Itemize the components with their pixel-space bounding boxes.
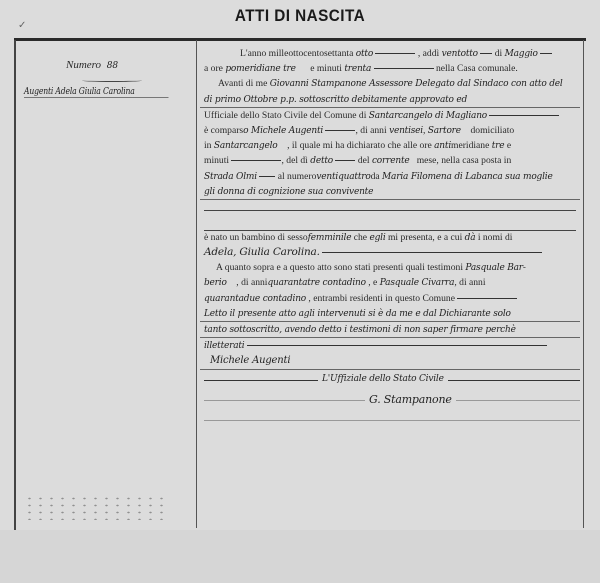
frame-left-border — [14, 40, 16, 530]
printed-text: , addì — [418, 48, 439, 59]
handwritten-age: ventisei — [389, 126, 423, 136]
handwritten-witness-1-age: quarantatre contadino — [267, 278, 365, 288]
handwritten-month: Maggio — [505, 49, 538, 59]
printed-text: A quanto sopra e a questo atto sono stat… — [216, 262, 463, 273]
printed-text: al numero — [278, 171, 317, 182]
closing-line: illetterati — [200, 338, 580, 353]
ink-specks — [24, 495, 164, 520]
printed-text: mese, nella casa posta in — [417, 155, 512, 166]
handwritten-month-ref: corrente — [372, 156, 410, 166]
printed-text: mi presenta, e a cui — [388, 232, 462, 243]
handwritten-delegation: di primo Ottobre p.p. sottoscritto debit… — [204, 95, 467, 105]
printed-text: minuti — [204, 155, 229, 166]
handwritten-street: Strada Olmi — [204, 172, 257, 182]
body-line: è comparso Michele Augenti , di anni ven… — [200, 123, 580, 138]
handwritten-officer: Giovanni Stampanone Assessore Delegato d… — [270, 79, 563, 89]
handwritten-residence: Santarcangelo — [214, 141, 278, 151]
witness-line: A quanto sopra e a questo atto sono stat… — [200, 260, 580, 275]
blank-line — [457, 297, 517, 299]
printed-text: meridiane — [451, 140, 489, 151]
blank-line — [259, 175, 275, 177]
body-line: gli donna di cognizione sua convivente — [200, 184, 580, 200]
handwritten-ante: anti — [434, 141, 451, 151]
handwritten-closing: Letto il presente atto agli intervenuti … — [204, 309, 511, 319]
printed-text: , del dì — [281, 155, 307, 166]
body-line: minuti , del dì detto del corrente mese,… — [200, 153, 580, 168]
body-line: Avanti di me Giovanni Stampanone Assesso… — [200, 76, 580, 91]
top-rule-divider — [14, 38, 586, 41]
section-divider — [200, 200, 580, 220]
birth-record-page: ✓ ATTI DI NASCITA Numero 88 Augenti Adel… — [0, 0, 600, 530]
handwritten-presenter: egli — [369, 233, 385, 243]
body-line: in Santarcangelo , il quale mi ha dichia… — [200, 138, 580, 153]
column-divider — [196, 40, 197, 528]
blank-line — [374, 67, 434, 69]
handwritten-hour: pomeridiane tre — [225, 64, 295, 74]
body-line: Strada Olmi al numeroventiquattroda Mari… — [200, 169, 580, 184]
closing-line: Letto il presente atto agli intervenuti … — [200, 306, 580, 322]
handwritten-minutes: trenta — [344, 64, 371, 74]
blank-line — [322, 251, 542, 253]
blank-line — [247, 344, 547, 346]
printed-text: domiciliato — [471, 125, 515, 136]
official-title: L'Uffiziale dello Stato Civile — [318, 372, 448, 387]
rule-line — [204, 420, 580, 421]
handwritten-witness-1-cont: berio — [204, 278, 227, 288]
handwritten-day: ventotto — [442, 49, 478, 59]
blank-line — [489, 114, 559, 116]
printed-text: i nomi di — [478, 232, 513, 243]
blank-line — [231, 159, 281, 161]
official-signature: G. Stampanone — [365, 392, 456, 407]
printed-text: è nato un bambino di sesso — [204, 232, 308, 243]
printed-text: , il quale mi ha dichiarato che alle ore — [287, 140, 432, 151]
handwritten-year: otto — [356, 49, 373, 59]
birth-line: è nato un bambino di sessofemminile che … — [200, 230, 580, 245]
printed-text: di — [495, 48, 502, 59]
witness-line: quarantadue contadino , entrambi residen… — [200, 291, 580, 306]
closing-line: tanto sottoscritto, avendo detto i testi… — [200, 322, 580, 338]
printed-text: , e — [368, 277, 377, 288]
handwritten-child-names: Adela, Giulia Carolina. — [204, 246, 320, 258]
declarant-signature-line: Michele Augenti — [200, 353, 580, 369]
printed-text: L'anno milleottocentosettanta — [240, 48, 353, 59]
printed-text: , di anni — [355, 125, 386, 136]
blank-line — [375, 52, 415, 54]
handwritten-mother: Maria Filomena di Labanca sua moglie — [382, 172, 553, 182]
printed-text: , entrambi residenti in questo Comune — [308, 293, 455, 304]
printed-text: Ufficiale dello Stato Civile del Comune … — [204, 110, 366, 121]
birth-names-line: Adela, Giulia Carolina. — [200, 245, 580, 260]
handwritten-sex: femminile — [308, 233, 352, 243]
handwritten-witness-2-age: quarantadue contadino — [204, 294, 306, 304]
printed-text: a ore — [204, 63, 223, 74]
printed-text: in — [204, 140, 211, 151]
printed-text: che — [354, 232, 367, 243]
corner-check-mark: ✓ — [18, 20, 26, 31]
handwritten-closing: illetterati — [204, 341, 244, 351]
handwritten-birth-hour: tre — [492, 141, 505, 151]
printed-text: da — [371, 171, 380, 182]
section-divider — [200, 220, 580, 230]
handwritten-house-number: ventiquattro — [316, 172, 370, 182]
flourish-divider — [82, 79, 142, 82]
body-line: di primo Ottobre p.p. sottoscritto debit… — [200, 92, 580, 108]
printed-text: e — [507, 140, 511, 151]
handwritten-profession: Sartore — [428, 126, 461, 136]
printed-text: è compars — [204, 125, 243, 136]
body-line: a ore pomeridiane tre e minuti trenta ne… — [200, 61, 580, 76]
record-number-label: Numero — [66, 59, 101, 71]
body-line: Ufficiale dello Stato Civile del Comune … — [200, 108, 580, 123]
blank-line — [325, 129, 355, 131]
official-signature-block: L'Uffiziale dello Stato Civile G. Stampa… — [200, 370, 580, 440]
printed-text: nella Casa comunale. — [436, 63, 518, 74]
body-line: L'anno milleottocentosettanta otto , add… — [200, 46, 580, 61]
handwritten-comune: Santarcangelo di Magliano — [369, 111, 487, 121]
blank-line — [480, 52, 492, 54]
printed-text: , di anni — [454, 277, 485, 288]
record-body: L'anno milleottocentosettanta otto , add… — [200, 46, 580, 440]
handwritten-witness-2: Pasquale Civarra — [380, 278, 455, 288]
frame-right-border — [583, 40, 584, 528]
witness-line: berio , di anniquarantatre contadino , e… — [200, 275, 580, 290]
blank-line — [540, 52, 552, 54]
printed-text: Avanti di me — [218, 78, 267, 89]
handwritten-gives: dà — [465, 233, 476, 243]
record-number: Numero 88 — [66, 59, 118, 71]
blank-line — [335, 159, 355, 161]
printed-text: e minuti — [310, 63, 342, 74]
record-number-value: 88 — [107, 61, 118, 71]
handwritten-day-ref: detto — [310, 156, 333, 166]
printed-text: , di anni — [236, 277, 267, 288]
printed-text: del — [358, 155, 370, 166]
subject-name: Augenti Adela Giulia Carolina — [24, 87, 169, 98]
handwritten-declarant: o Michele Augenti — [243, 126, 323, 136]
handwritten-cohabitation: gli donna di cognizione sua convivente — [204, 187, 373, 197]
handwritten-closing: tanto sottoscritto, avendo detto i testi… — [204, 325, 516, 335]
document-title: ATTI DI NASCITA — [30, 6, 570, 26]
handwritten-witness-1: Pasquale Bar- — [465, 263, 525, 273]
declarant-signature: Michele Augenti — [210, 355, 290, 366]
